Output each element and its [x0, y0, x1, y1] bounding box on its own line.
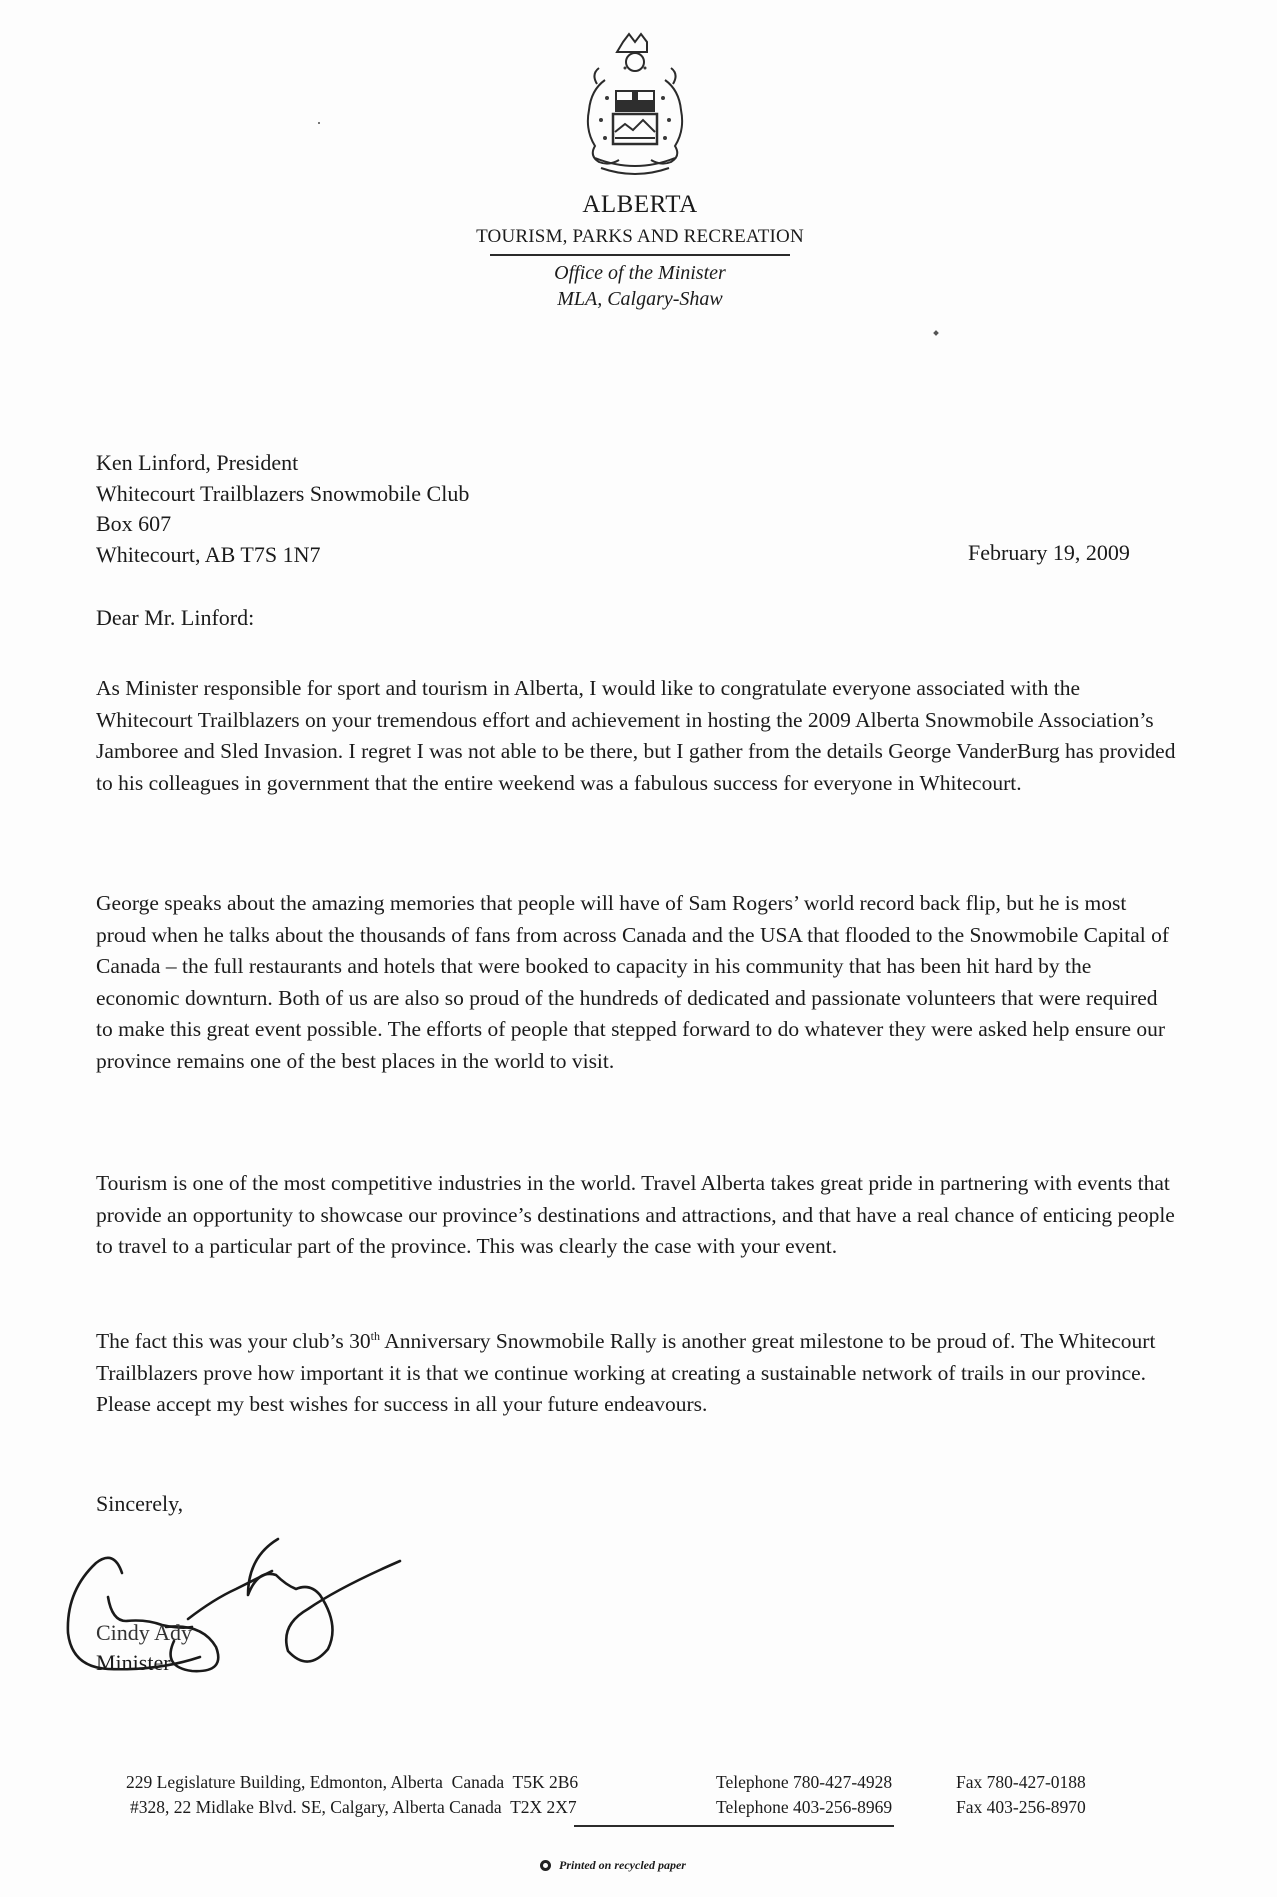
body-paragraph: George speaks about the amazing memories… [96, 888, 1176, 1077]
recycled-paper-text: Printed on recycled paper [559, 1858, 686, 1873]
signer-title: Minister [96, 1650, 171, 1676]
scan-speck [933, 330, 939, 336]
footer-row-calgary: #328, 22 Midlake Blvd. SE, Calgary, Albe… [126, 1795, 1126, 1820]
office-title: Office of the Minister [430, 260, 850, 286]
body-paragraph: As Minister responsible for sport and to… [96, 673, 1176, 799]
letter-date: February 19, 2009 [968, 540, 1130, 566]
department-name: TOURISM, PARKS AND RECREATION [430, 224, 850, 250]
footer-telephone: Telephone 403-256-8969 [716, 1795, 956, 1820]
footer-fax: Fax 403-256-8970 [956, 1795, 1126, 1820]
province-name: ALBERTA [430, 190, 850, 220]
recipient-address: Ken Linford, President Whitecourt Trailb… [96, 448, 469, 570]
closing: Sincerely, [96, 1491, 183, 1517]
letterhead-divider [490, 254, 790, 256]
footer-row-edmonton: 229 Legislature Building, Edmonton, Albe… [126, 1770, 1126, 1795]
scan-speck [318, 122, 320, 124]
salutation: Dear Mr. Linford: [96, 605, 254, 631]
footer-fax: Fax 780-427-0188 [956, 1770, 1126, 1795]
recipient-line: Whitecourt, AB T7S 1N7 [96, 540, 469, 571]
paragraph-text: The fact this was your club’s 30 [96, 1329, 371, 1353]
alberta-coat-of-arms-icon [555, 28, 715, 188]
body-paragraph: The fact this was your club’s 30th Anniv… [96, 1326, 1176, 1421]
footer-divider [574, 1825, 894, 1827]
signer-name: Cindy Ady [96, 1620, 192, 1646]
recycled-paper-icon [540, 1860, 551, 1871]
recipient-line: Box 607 [96, 509, 469, 540]
letterhead: ALBERTA TOURISM, PARKS AND RECREATION Of… [430, 190, 850, 312]
letter-page: ALBERTA TOURISM, PARKS AND RECREATION Of… [0, 0, 1277, 1897]
footer-contact: 229 Legislature Building, Edmonton, Albe… [126, 1770, 1126, 1820]
ordinal-suffix: th [371, 1329, 380, 1343]
body-paragraph: Tourism is one of the most competitive i… [96, 1168, 1176, 1263]
footer-telephone: Telephone 780-427-4928 [716, 1770, 956, 1795]
constituency-title: MLA, Calgary-Shaw [430, 286, 850, 312]
footer-address: #328, 22 Midlake Blvd. SE, Calgary, Albe… [126, 1795, 716, 1820]
recipient-line: Ken Linford, President [96, 448, 469, 479]
footer-address: 229 Legislature Building, Edmonton, Albe… [126, 1770, 716, 1795]
recipient-line: Whitecourt Trailblazers Snowmobile Club [96, 479, 469, 510]
recycled-paper-note: Printed on recycled paper [540, 1858, 686, 1873]
